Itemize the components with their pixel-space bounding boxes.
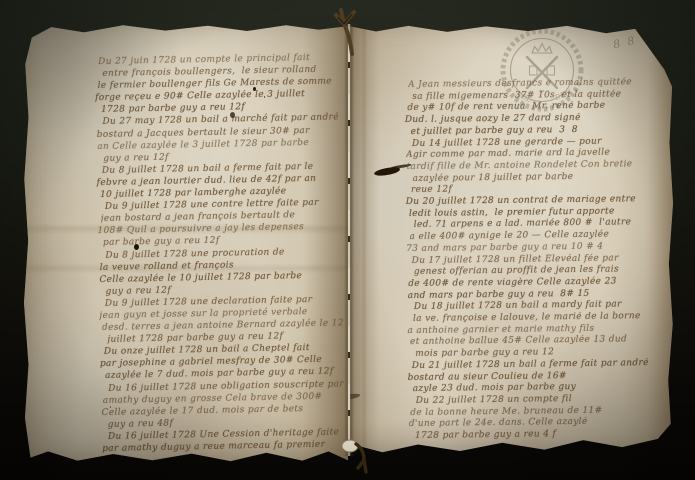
left-page-lines: Du 27 juin 1728 un compte le principal f… (96, 51, 352, 455)
ink-speck (134, 244, 139, 250)
binding-cord-bottom (336, 436, 380, 480)
photo-background: Du 27 juin 1728 un compte le principal f… (0, 0, 695, 480)
manuscript-right-page: SOL DEN 8 8 A Jean messieurs desfrancs e… (350, 22, 674, 454)
stamp-crown-icon (532, 44, 552, 54)
binding-stitch-thread (348, 36, 350, 446)
right-page-lines: A Jean messieurs desfrancs e romains qui… (406, 77, 674, 443)
binding-gutter (344, 24, 354, 456)
ink-blot (374, 166, 401, 177)
pencil-mark: 8 8 (611, 34, 637, 52)
binding-cord-top (330, 0, 370, 56)
manuscript-line: 1728 par barbe guy a reu 4 f (415, 428, 674, 443)
manuscript-left-page: Du 27 juin 1728 un compte le principal f… (22, 20, 348, 462)
